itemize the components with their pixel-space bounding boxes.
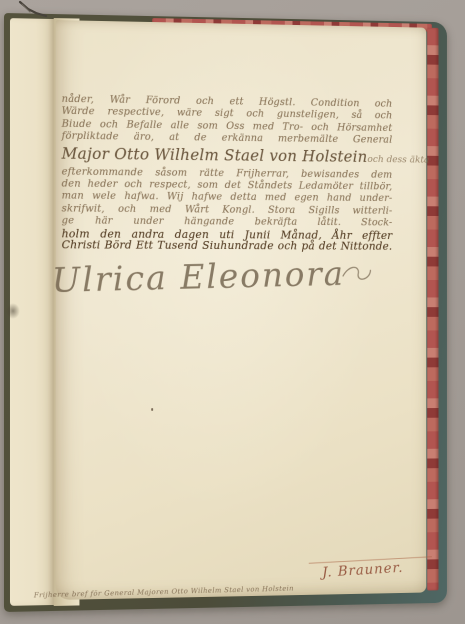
manuscript-text-block: nåder, Wår Förord och ett Högstl. Condit… [62,94,393,253]
signature-flourish-icon [341,263,374,285]
grantee-name: Major Otto Wilhelm Stael von Holstein [62,144,368,165]
royal-signature: Ulrica Eleonora [51,254,343,300]
book: nåder, Wår Förord och ett Högstl. Condit… [4,13,447,612]
red-fore-edge-right [427,28,438,591]
dateline: Christi Börd Ett Tusend Siuhundrade och … [62,240,393,253]
spine-sewing-band [6,303,20,319]
binding-thread-icon [6,0,52,26]
ink-speck [151,408,153,411]
photograph-of-bound-manuscript: nåder, Wår Förord och ett Högstl. Condit… [0,0,465,624]
name-line-tail: och dess äkta [367,154,429,165]
royal-signature-text: Ulrica Eleonora [51,254,345,301]
name-line: Major Otto Wilhelm Stael von Holstein oc… [62,144,393,167]
